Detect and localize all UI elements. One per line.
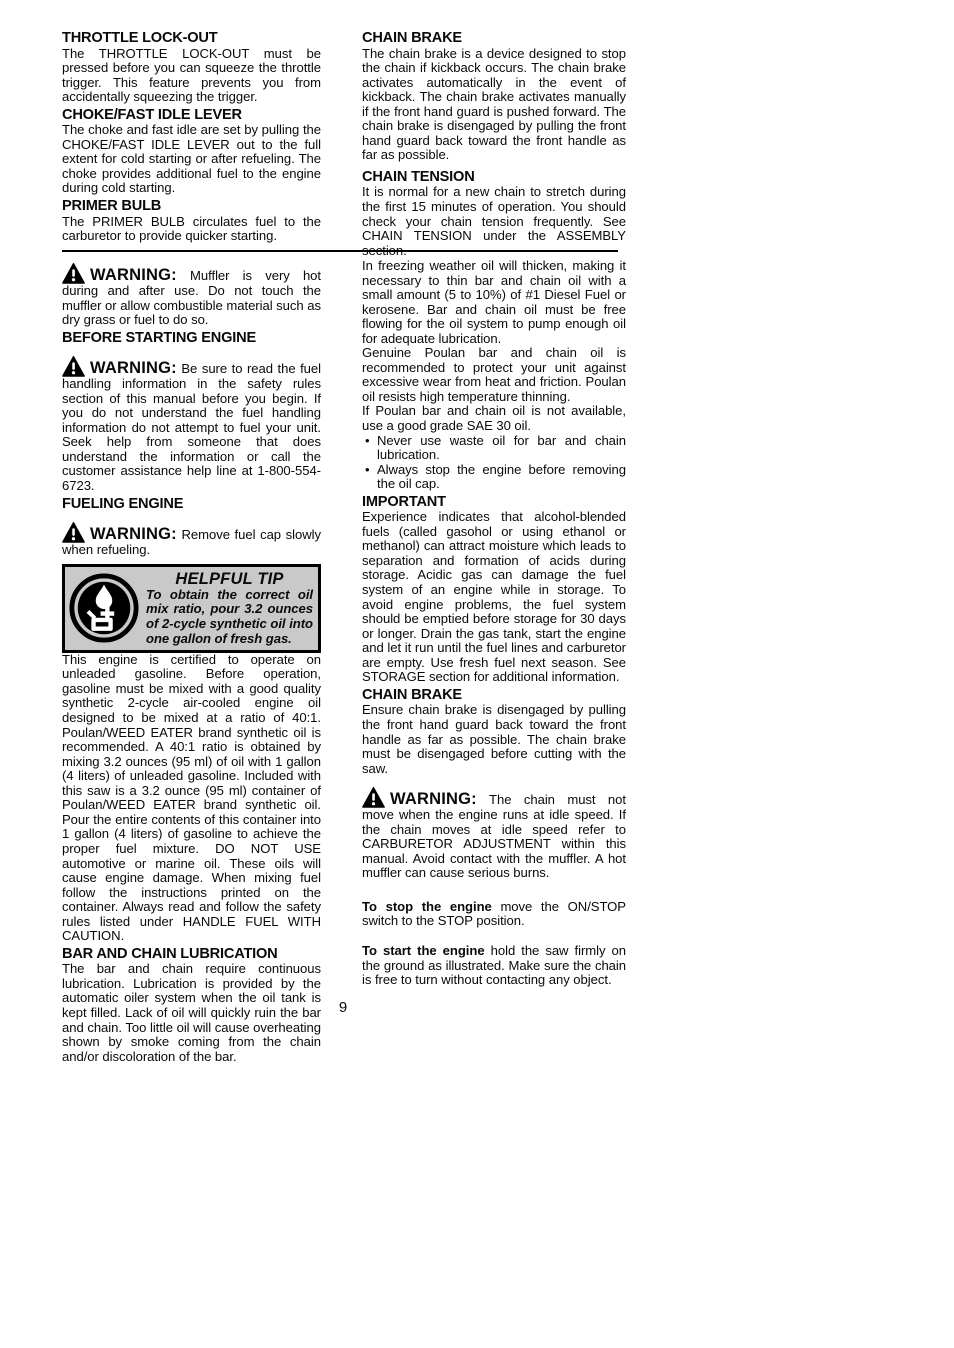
list-item: Always stop the engine before removing t… <box>362 463 626 492</box>
warning-label: WARNING: <box>90 525 177 543</box>
warning-triangle-icon <box>362 787 385 808</box>
paragraph-fuel-mix: This engine is certified to operate on u… <box>62 653 321 944</box>
column-top-right: CHAIN BRAKE The chain brake is a device … <box>362 31 626 258</box>
paragraph-throttle: The THROTTLE LOCK-OUT must be pressed be… <box>62 47 321 105</box>
helpful-tip-box: HELPFUL TIP To obtain the correct oil mi… <box>62 564 321 653</box>
paragraph-genuine-oil: Genuine Poulan bar and chain oil is reco… <box>362 346 626 404</box>
paragraph-stop-engine: To stop the engine move the ON/STOP swit… <box>362 900 626 929</box>
paragraph-important: Experience indicates that alcohol-blende… <box>362 510 626 685</box>
warning-idle-chain: WARNING: The chain must not move when th… <box>362 787 626 881</box>
heading-chain-tension: CHAIN TENSION <box>362 170 626 185</box>
warning-label: WARNING: <box>90 359 177 377</box>
column-top-left: THROTTLE LOCK-OUT The THROTTLE LOCK-OUT … <box>62 31 321 244</box>
heading-chain-brake-2: CHAIN BRAKE <box>362 688 626 703</box>
heading-fueling-engine: FUELING ENGINE <box>62 497 321 512</box>
paragraph-primer: The PRIMER BULB circulates fuel to the c… <box>62 215 321 244</box>
warning-muffler: WARNING: Muffler is very hot during and … <box>62 263 321 328</box>
heading-before-starting-engine: BEFORE STARTING ENGINE <box>62 331 321 346</box>
heading-bar-and-chain-lubrication: BAR AND CHAIN LUBRICATION <box>62 947 321 962</box>
heading-chain-brake: CHAIN BRAKE <box>362 31 626 46</box>
paragraph-bar-chain-lubrication: The bar and chain require continuous lub… <box>62 962 321 1064</box>
oil-bullet-list: Never use waste oil for bar and chain lu… <box>362 434 626 492</box>
list-item: Never use waste oil for bar and chain lu… <box>362 434 626 463</box>
helpful-tip-text: HELPFUL TIP To obtain the correct oil mi… <box>146 570 313 647</box>
start-engine-lead: To start the engine <box>362 943 485 958</box>
warning-text: Be sure to read the fuel handling inform… <box>62 361 321 493</box>
paragraph-chain-tension: It is normal for a new chain to stretch … <box>362 185 626 258</box>
warning-triangle-icon <box>62 356 85 377</box>
heading-throttle-lock-out: THROTTLE LOCK-OUT <box>62 31 321 46</box>
paragraph-start-engine: To start the engine hold the saw firmly … <box>362 944 626 988</box>
column-main-right: In freezing weather oil will thicken, ma… <box>362 259 626 988</box>
warning-label: WARNING: <box>90 266 177 284</box>
helpful-tip-title: HELPFUL TIP <box>146 570 313 588</box>
stop-engine-lead: To stop the engine <box>362 899 492 914</box>
warning-triangle-icon <box>62 263 85 284</box>
section-divider-rule <box>62 250 618 252</box>
warning-label: WARNING: <box>390 790 477 808</box>
paragraph-sae-oil: If Poulan bar and chain oil is not avail… <box>362 404 626 433</box>
paragraph-chain-brake-disengage: Ensure chain brake is disengaged by pull… <box>362 703 626 776</box>
warning-fuel-handling: WARNING: Be sure to read the fuel handli… <box>62 356 321 493</box>
heading-choke-fast-idle: CHOKE/FAST IDLE LEVER <box>62 108 321 123</box>
paragraph-freezing-weather: In freezing weather oil will thicken, ma… <box>362 259 626 346</box>
column-main-left: WARNING: Muffler is very hot during and … <box>62 263 321 1064</box>
oil-mix-can-drop-icon <box>68 572 140 644</box>
heading-important: IMPORTANT <box>362 495 626 510</box>
helpful-tip-body: To obtain the correct oil mix ratio, pou… <box>146 588 313 647</box>
paragraph-choke: The choke and fast idle are set by pulli… <box>62 123 321 196</box>
warning-fuel-cap: WARNING: Remove fuel cap slowly when ref… <box>62 522 321 558</box>
page-number: 9 <box>330 999 356 1016</box>
heading-primer-bulb: PRIMER BULB <box>62 199 321 214</box>
paragraph-chain-brake: The chain brake is a device designed to … <box>362 47 626 163</box>
warning-triangle-icon <box>62 522 85 543</box>
